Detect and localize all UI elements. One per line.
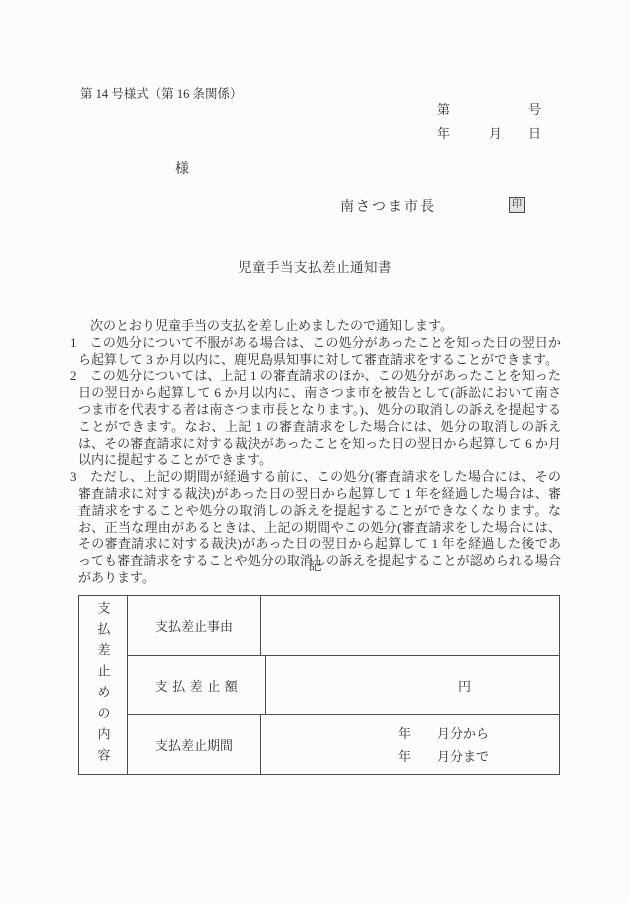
reason-label: 支払差止事由 xyxy=(128,596,261,655)
document-number-line: 第 号 xyxy=(437,99,541,118)
notice-body: 次のとおり児童手当の支払を差し止めましたので通知します。 1 この処分について不… xyxy=(70,318,561,587)
table-group-label: 支払差止めの内容 xyxy=(94,601,113,769)
reason-value-field xyxy=(261,596,559,655)
form-number: 第 14 号様式（第 16 条関係） xyxy=(80,84,243,102)
addressee-suffix: 様 xyxy=(175,158,189,178)
page-title: 児童手当支払差止通知書 xyxy=(0,256,630,276)
suspension-details-table: 支払差止めの内容 支払差止事由 支払差止額 円 支払差止期間 年 月分から 年 … xyxy=(78,595,560,775)
official-seal-icon: 印 xyxy=(509,197,525,213)
table-rows: 支払差止事由 支払差止額 円 支払差止期間 年 月分から 年 月分まで xyxy=(128,596,559,774)
date-line: 年 月 日 xyxy=(437,123,541,142)
issuer-name: 南さつま市長 xyxy=(340,196,436,216)
period-value-field: 年 月分から 年 月分まで xyxy=(261,715,559,774)
appeal-item-1: 1 この処分について不服がある場合は、この処分があったことを知った日の翌日から起… xyxy=(70,335,561,369)
table-row-amount: 支払差止額 円 xyxy=(128,655,559,715)
ki-heading: 記 xyxy=(0,555,630,574)
appeal-item-2: 2 この処分については、上記 1 の審査請求のほか、この処分があったことを知った… xyxy=(70,368,561,469)
table-row-reason: 支払差止事由 xyxy=(128,596,559,655)
amount-value-field: 円 xyxy=(266,656,560,715)
period-label: 支払差止期間 xyxy=(128,715,261,774)
table-row-period: 支払差止期間 年 月分から 年 月分まで xyxy=(128,714,559,774)
period-from: 年 月分から xyxy=(398,722,559,745)
amount-label: 支払差止額 xyxy=(128,656,266,715)
table-group-cell: 支払差止めの内容 xyxy=(79,596,128,774)
intro-paragraph: 次のとおり児童手当の支払を差し止めましたので通知します。 xyxy=(70,318,561,335)
period-to: 年 月分まで xyxy=(398,745,559,768)
